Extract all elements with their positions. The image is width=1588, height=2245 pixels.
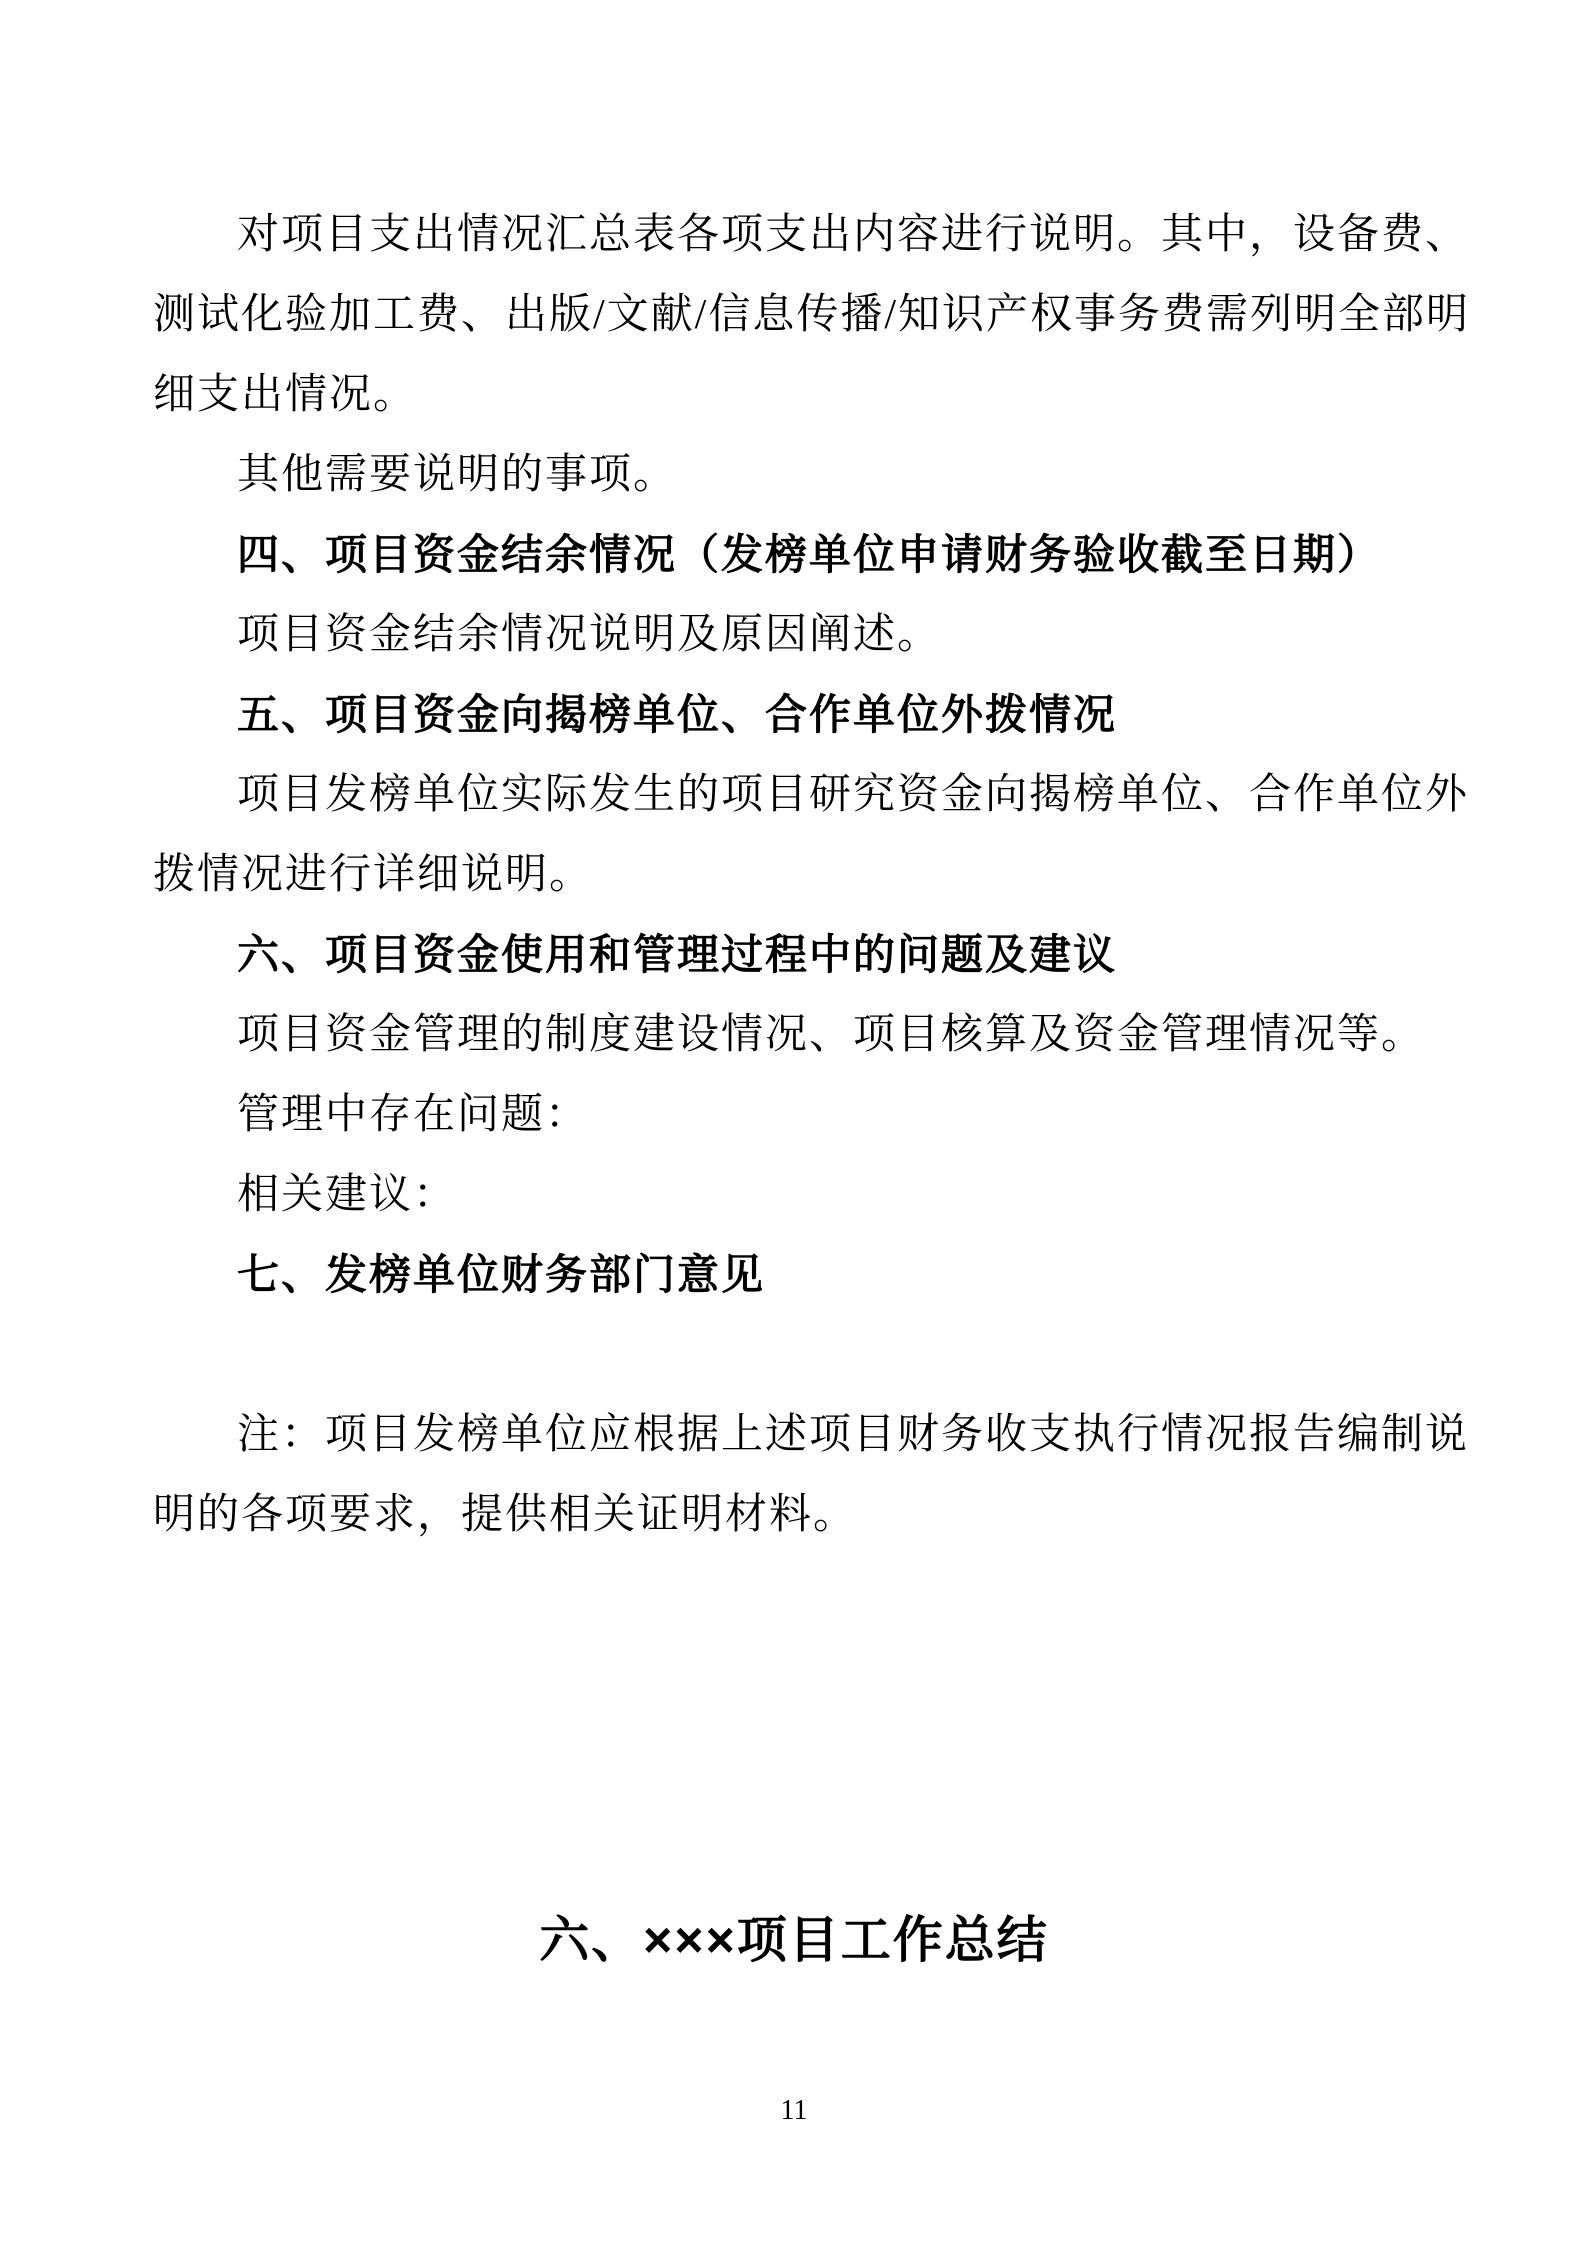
note-line: 明的各项要求，提供相关证明材料。: [153, 1475, 1425, 1555]
text-line: 管理中存在问题：: [153, 1075, 1425, 1155]
text-line: 相关建议：: [153, 1155, 1425, 1235]
text-line: 拨情况进行详细说明。: [153, 835, 1425, 915]
section-5-heading: 五、项目资金向揭榜单位、合作单位外拨情况: [153, 675, 1425, 755]
text-line: 项目资金管理的制度建设情况、项目核算及资金管理情况等。: [153, 995, 1425, 1075]
text-line: 项目发榜单位实际发生的项目研究资金向揭榜单位、合作单位外: [153, 755, 1425, 835]
blank-line: [153, 1315, 1425, 1395]
chapter-heading: 六、×××项目工作总结: [0, 1903, 1588, 1977]
note-line: 注：项目发榜单位应根据上述项目财务收支执行情况报告编制说: [153, 1395, 1425, 1475]
text-line: 测试化验加工费、出版/文献/信息传播/知识产权事务费需列明全部明: [153, 275, 1425, 355]
page-number: 11: [0, 2096, 1588, 2126]
section-6-heading: 六、项目资金使用和管理过程中的问题及建议: [153, 915, 1425, 995]
document-page: 对项目支出情况汇总表各项支出内容进行说明。其中，设备费、 测试化验加工费、出版/…: [0, 0, 1588, 2245]
text-line: 对项目支出情况汇总表各项支出内容进行说明。其中，设备费、: [153, 195, 1425, 275]
text-line: 其他需要说明的事项。: [153, 435, 1425, 515]
section-4-heading: 四、项目资金结余情况（发榜单位申请财务验收截至日期）: [153, 515, 1425, 595]
document-body: 对项目支出情况汇总表各项支出内容进行说明。其中，设备费、 测试化验加工费、出版/…: [153, 195, 1425, 1555]
text-line: 项目资金结余情况说明及原因阐述。: [153, 595, 1425, 675]
section-7-heading: 七、发榜单位财务部门意见: [153, 1235, 1425, 1315]
text-line: 细支出情况。: [153, 355, 1425, 435]
